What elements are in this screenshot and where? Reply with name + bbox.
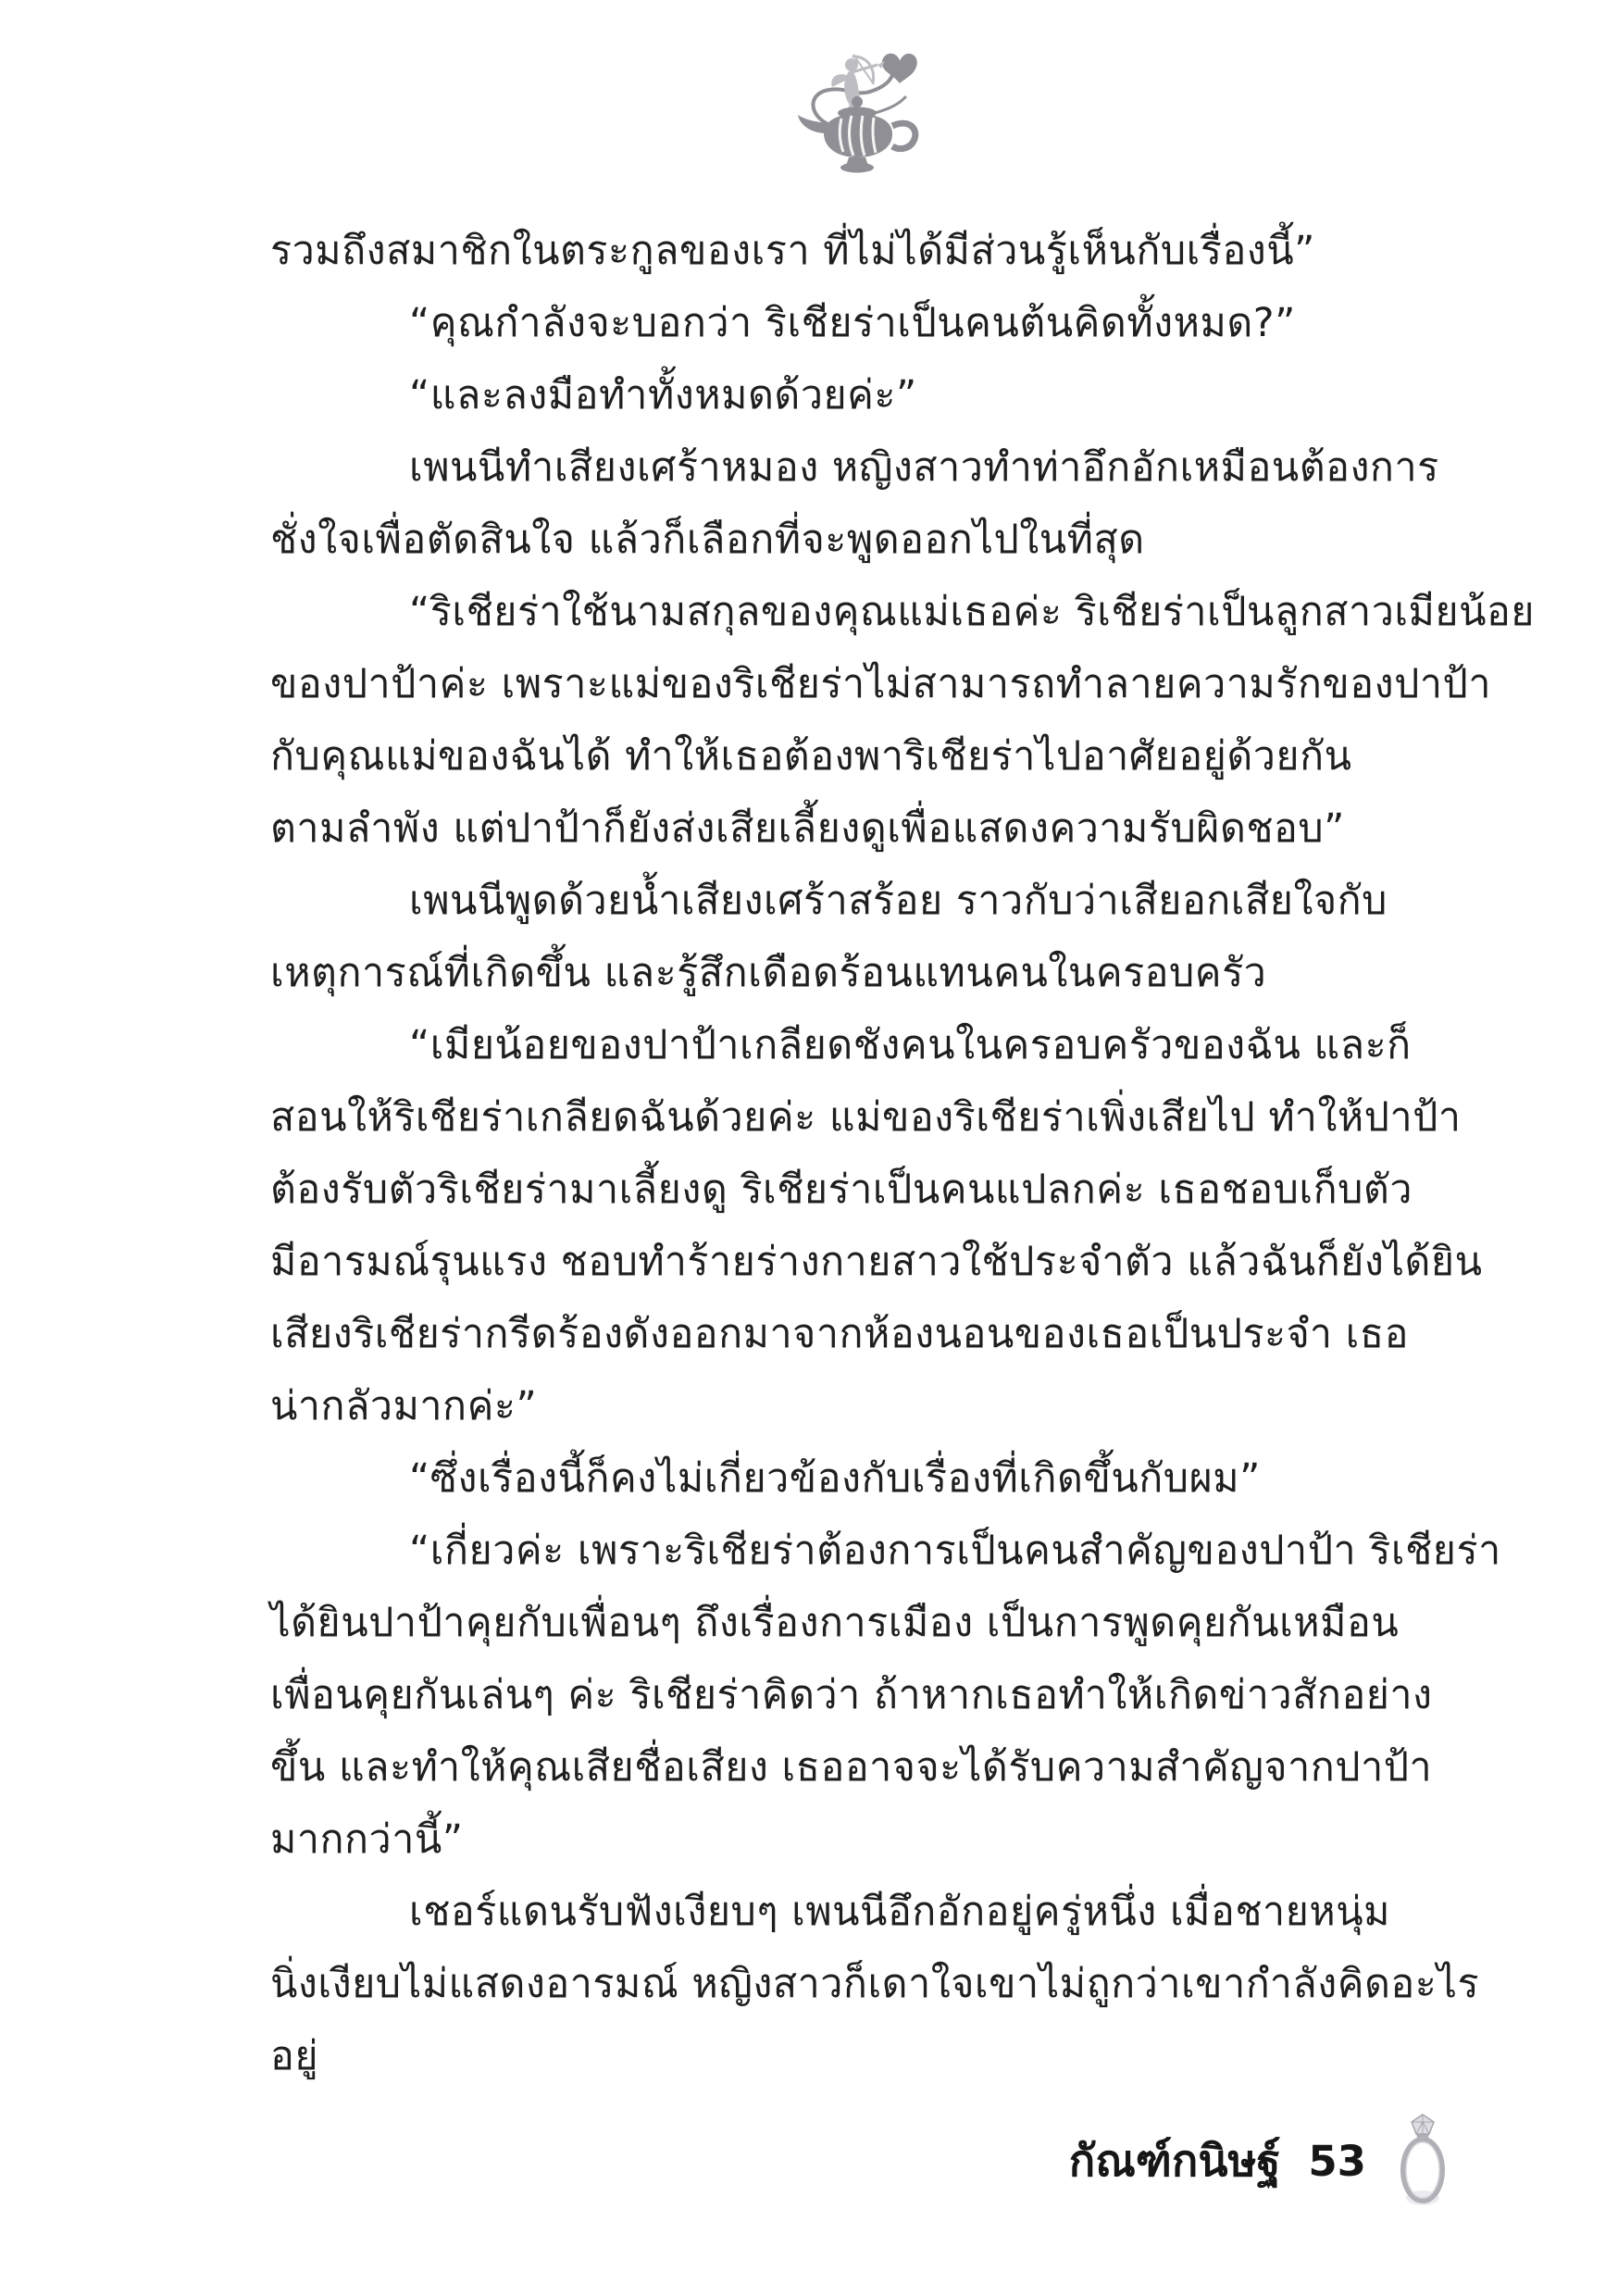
text-line: น่ากลัวมากค่ะ” [270, 1370, 1453, 1442]
text-line: เพนนีพูดด้วยน้ำเสียงเศร้าสร้อย ราวกับว่า… [270, 865, 1453, 937]
book-page: รวมถึงสมาชิกในตระกูลของเรา ที่ไม่ได้มีส่… [0, 0, 1618, 2296]
text-line: อยู่ [270, 2020, 1453, 2092]
text-line: ของปาป้าค่ะ เพราะแม่ของริเชียร่าไม่สามาร… [270, 648, 1453, 720]
page-text: รวมถึงสมาชิกในตระกูลของเรา ที่ไม่ได้มีส่… [270, 215, 1453, 2092]
text-line: ชั่งใจเพื่อตัดสินใจ แล้วก็เลือกที่จะพูดอ… [270, 504, 1453, 576]
text-line: กับคุณแม่ของฉันได้ ทำให้เธอต้องพาริเชียร… [270, 720, 1453, 792]
text-line: เพื่อนคุยกันเล่นๆ ค่ะ ริเชียร่าคิดว่า ถ้… [270, 1659, 1453, 1731]
book-title: กัณฑ์กนิษฐ์ [1069, 2140, 1281, 2183]
cupid-genie-lamp-icon [796, 44, 935, 174]
text-line: ขึ้น และทำให้คุณเสียชื่อเสียง เธออาจจะได… [270, 1731, 1453, 1803]
text-line: มีอารมณ์รุนแรง ชอบทำร้ายร่างกายสาวใช้ประ… [270, 1226, 1453, 1298]
cupid-genie-lamp-ornament [796, 44, 935, 174]
text-line: “ริเชียร่าใช้นามสกุลของคุณแม่เธอค่ะ ริเช… [270, 576, 1453, 648]
text-line: เชอร์แดนรับฟังเงียบๆ เพนนีอึกอักอยู่ครู่… [270, 1876, 1453, 1948]
text-line: “คุณกำลังจะบอกว่า ริเชียร่าเป็นคนต้นคิดท… [270, 287, 1453, 359]
text-line: “เมียน้อยของปาป้าเกลียดชังคนในครอบครัวขอ… [270, 1009, 1453, 1081]
page-footer: กัณฑ์กนิษฐ์ 53 [1069, 2113, 1451, 2209]
text-line: เพนนีทำเสียงเศร้าหมอง หญิงสาวทำท่าอึกอัก… [270, 431, 1453, 504]
text-line: ได้ยินปาป้าคุยกับเพื่อนๆ ถึงเรื่องการเมื… [270, 1587, 1453, 1659]
text-line: สอนให้ริเชียร่าเกลียดฉันด้วยค่ะ แม่ของริ… [270, 1081, 1453, 1154]
text-lines: รวมถึงสมาชิกในตระกูลของเรา ที่ไม่ได้มีส่… [270, 215, 1453, 2092]
text-line: เหตุการณ์ที่เกิดขึ้น และรู้สึกเดือดร้อนแ… [270, 937, 1453, 1009]
text-line: มากกว่านี้” [270, 1803, 1453, 1876]
text-line: รวมถึงสมาชิกในตระกูลของเรา ที่ไม่ได้มีส่… [270, 215, 1453, 287]
text-line: นิ่งเงียบไม่แสดงอารมณ์ หญิงสาวก็เดาใจเขา… [270, 1948, 1453, 2020]
diamond-ring-icon [1394, 2113, 1451, 2209]
text-line: “ซึ่งเรื่องนี้ก็คงไม่เกี่ยวข้องกับเรื่อง… [270, 1442, 1453, 1515]
page-number: 53 [1308, 2140, 1366, 2182]
text-line: “และลงมือทำทั้งหมดด้วยค่ะ” [270, 359, 1453, 431]
text-line: “เกี่ยวค่ะ เพราะริเชียร่าต้องการเป็นคนสำ… [270, 1515, 1453, 1587]
text-line: เสียงริเชียร่ากรีดร้องดังออกมาจากห้องนอน… [270, 1298, 1453, 1370]
text-line: ต้องรับตัวริเชียร่ามาเลี้ยงดู ริเชียร่าเ… [270, 1154, 1453, 1226]
text-line: ตามลำพัง แต่ปาป้าก็ยังส่งเสียเลี้ยงดูเพื… [270, 792, 1453, 865]
